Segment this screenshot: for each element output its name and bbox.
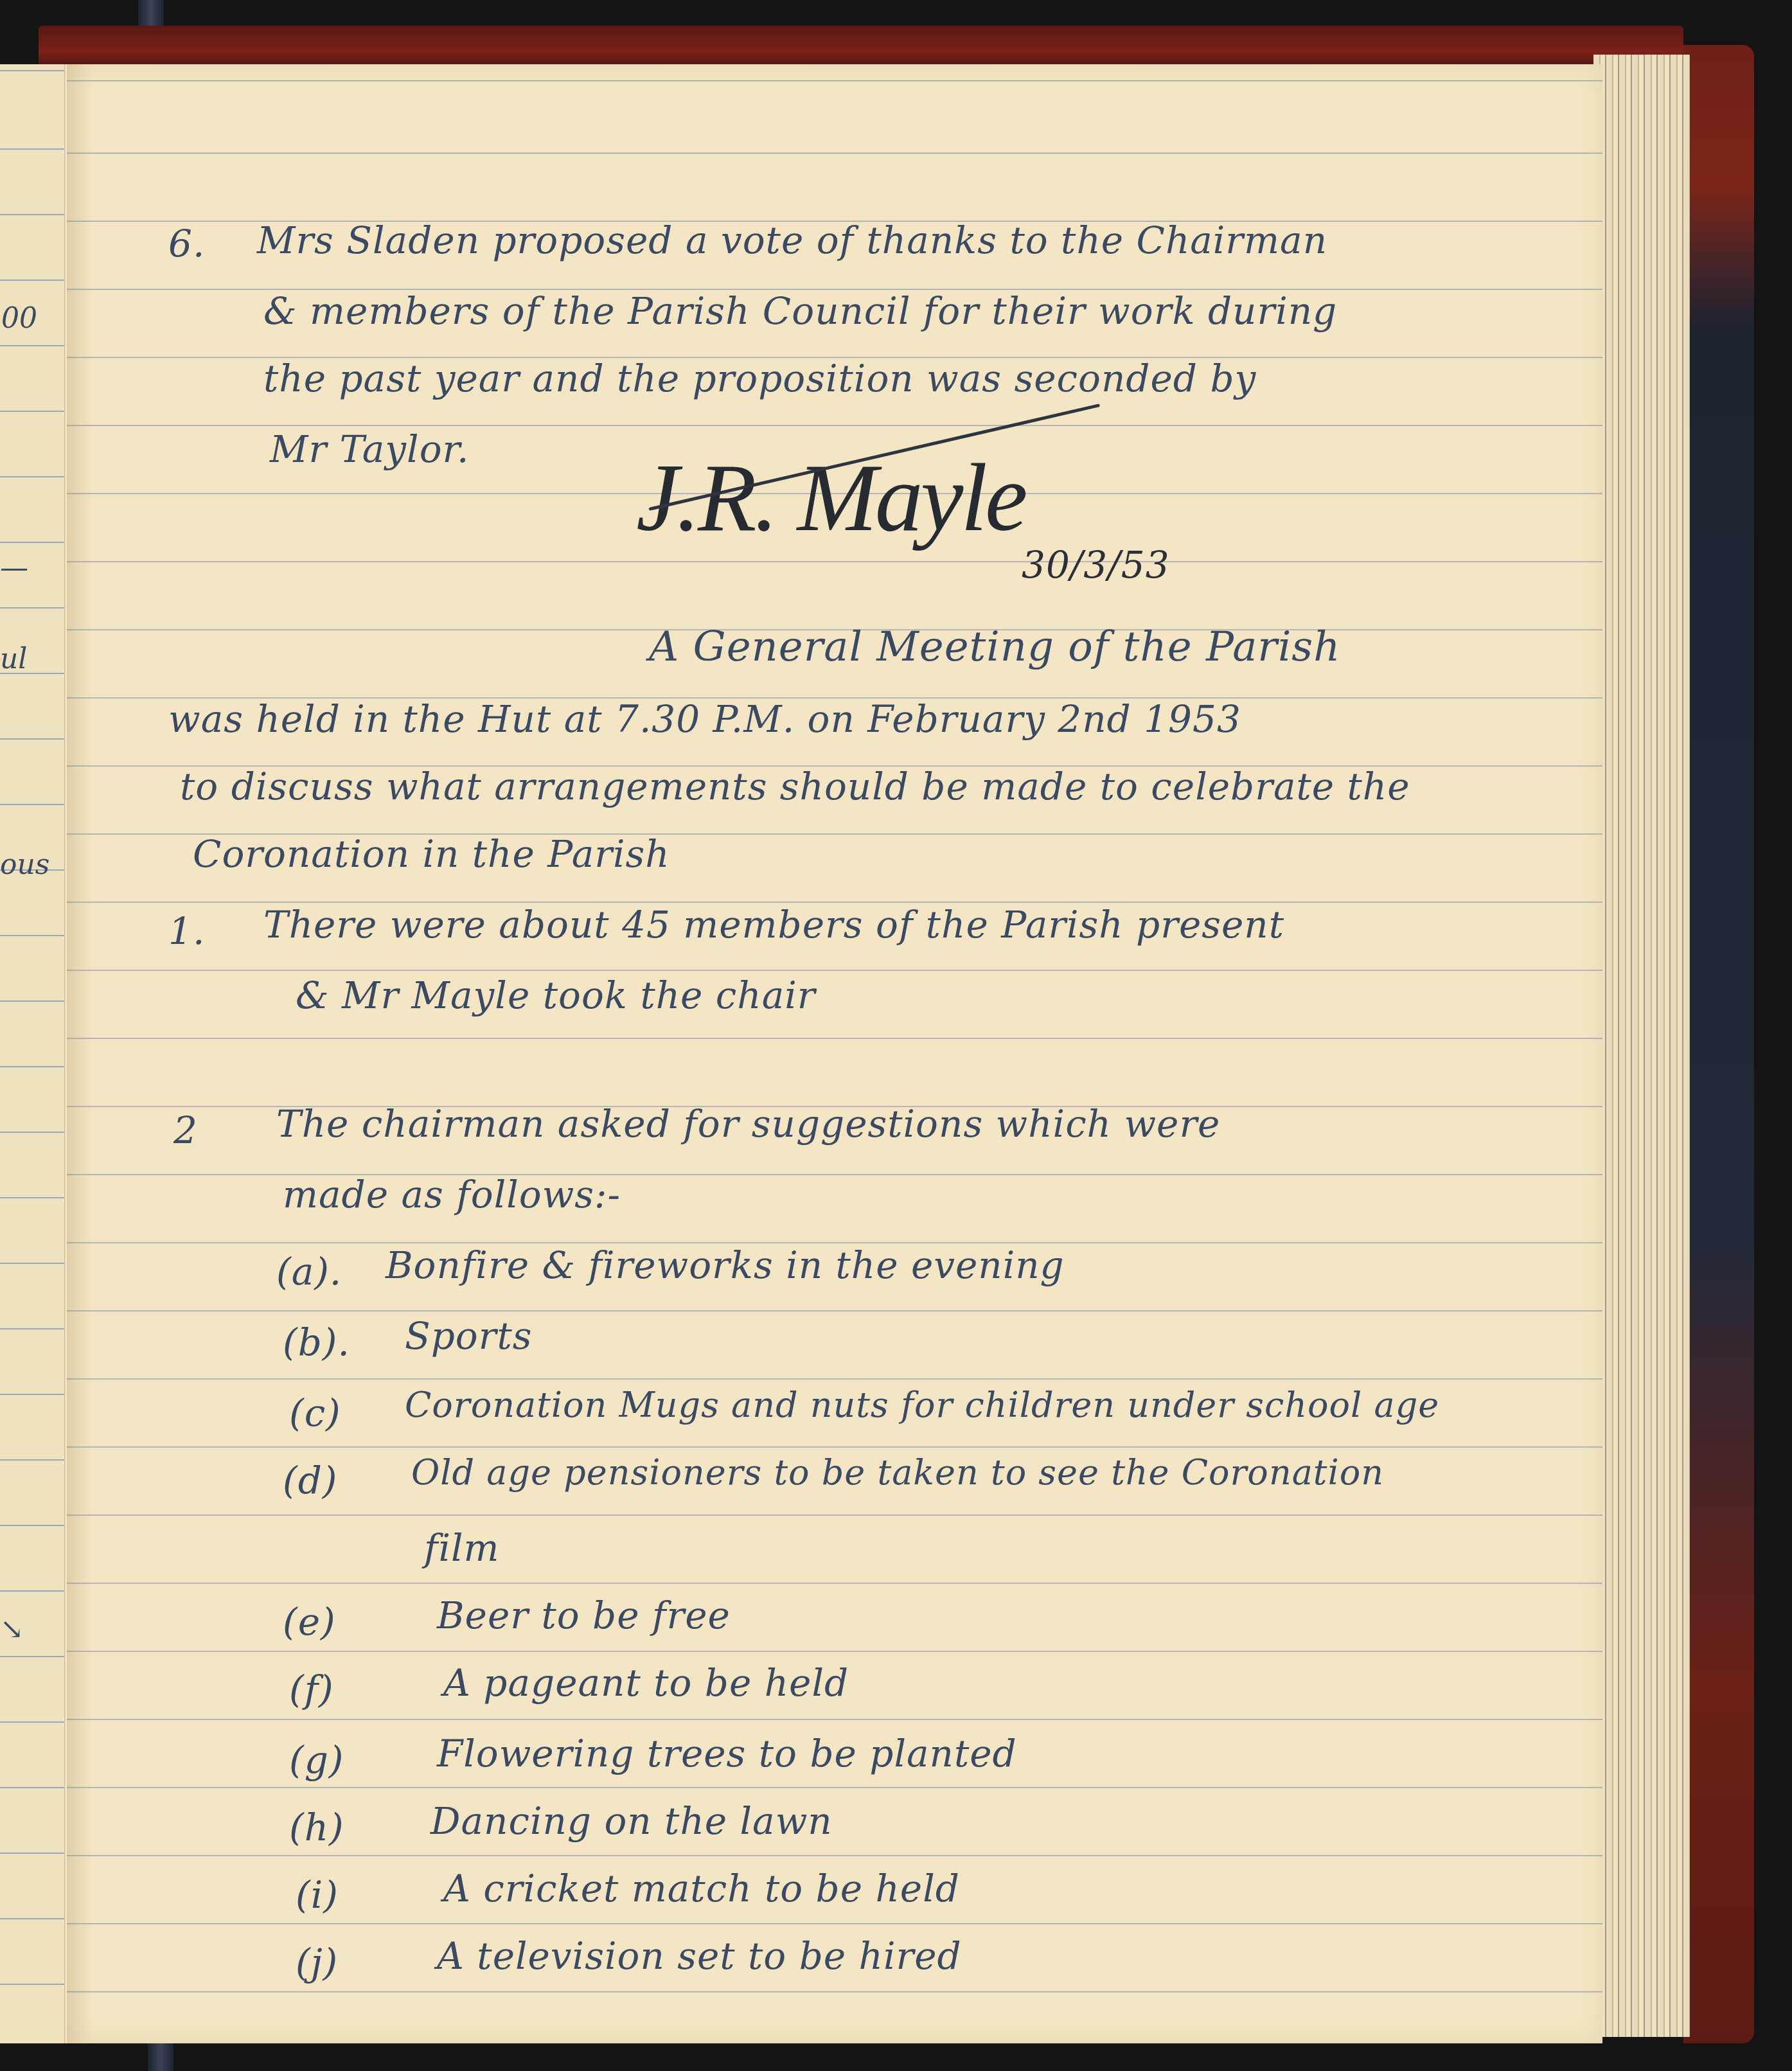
left-page-fragment: ul (0, 643, 27, 675)
suggestion-text: A pageant to be held (443, 1664, 849, 1702)
left-page-fragment: — (0, 551, 28, 584)
left-page (0, 64, 64, 2043)
minutes-line: the past year and the proposition was se… (263, 360, 1256, 397)
signature-date: 30/3/53 (1022, 546, 1170, 583)
page-edges-stack (1593, 55, 1690, 2037)
suggestion-text: Flowering trees to be planted (437, 1735, 1017, 1772)
suggestion-text: Coronation Mugs and nuts for children un… (405, 1388, 1439, 1423)
suggestion-label: (g) (289, 1741, 344, 1779)
left-page-fragment: ↘ (0, 1613, 24, 1646)
suggestion-text: A television set to be hired (437, 1937, 962, 1975)
suggestion-label: (f) (289, 1671, 334, 1708)
meeting-intro-line: was held in the Hut at 7.30 P.M. on Febr… (168, 700, 1241, 738)
meeting-intro-line: to discuss what arrangements should be m… (180, 768, 1410, 805)
suggestion-text: Sports (405, 1317, 533, 1355)
meeting-intro-line: Coronation in the Parish (193, 835, 670, 873)
suggestion-label: (d) (283, 1462, 337, 1499)
minutes-line: Mr Taylor. (270, 431, 469, 468)
item-line: & Mr Mayle took the chair (296, 977, 816, 1014)
suggestion-label: (a). (276, 1253, 342, 1290)
item-number: 6. (168, 225, 205, 262)
suggestion-label: (e) (283, 1603, 336, 1640)
item-number: 2 (173, 1112, 198, 1149)
suggestion-text: Old age pensioners to be taken to see th… (411, 1455, 1384, 1490)
suggestion-label: (b). (283, 1324, 350, 1361)
meeting-heading: A General Meeting of the Parish (649, 627, 1340, 668)
minutes-line: Mrs Sladen proposed a vote of thanks to … (257, 222, 1327, 259)
suggestion-label: (i) (296, 1876, 339, 1914)
suggestion-continuation: film (424, 1529, 500, 1567)
book-cover-spine (1683, 45, 1754, 2043)
minutes-line: & members of the Parish Council for thei… (263, 292, 1337, 330)
suggestion-label: (j) (296, 1944, 338, 1981)
left-page-fragment: ous (0, 848, 49, 881)
suggestion-text: Dancing on the lawn (430, 1802, 833, 1840)
left-page-fragment: 00 (1, 302, 37, 335)
item-number: 1. (168, 912, 205, 950)
suggestion-text: A cricket match to be held (443, 1870, 960, 1907)
suggestion-text: Beer to be free (437, 1597, 731, 1634)
suggestion-text: Bonfire & fireworks in the evening (386, 1247, 1065, 1284)
item-line: The chairman asked for suggestions which… (276, 1105, 1220, 1142)
item-line: made as follows:- (283, 1176, 621, 1213)
suggestion-label: (c) (289, 1394, 341, 1432)
suggestion-label: (h) (289, 1809, 344, 1846)
item-line: There were about 45 members of the Paris… (263, 906, 1284, 943)
